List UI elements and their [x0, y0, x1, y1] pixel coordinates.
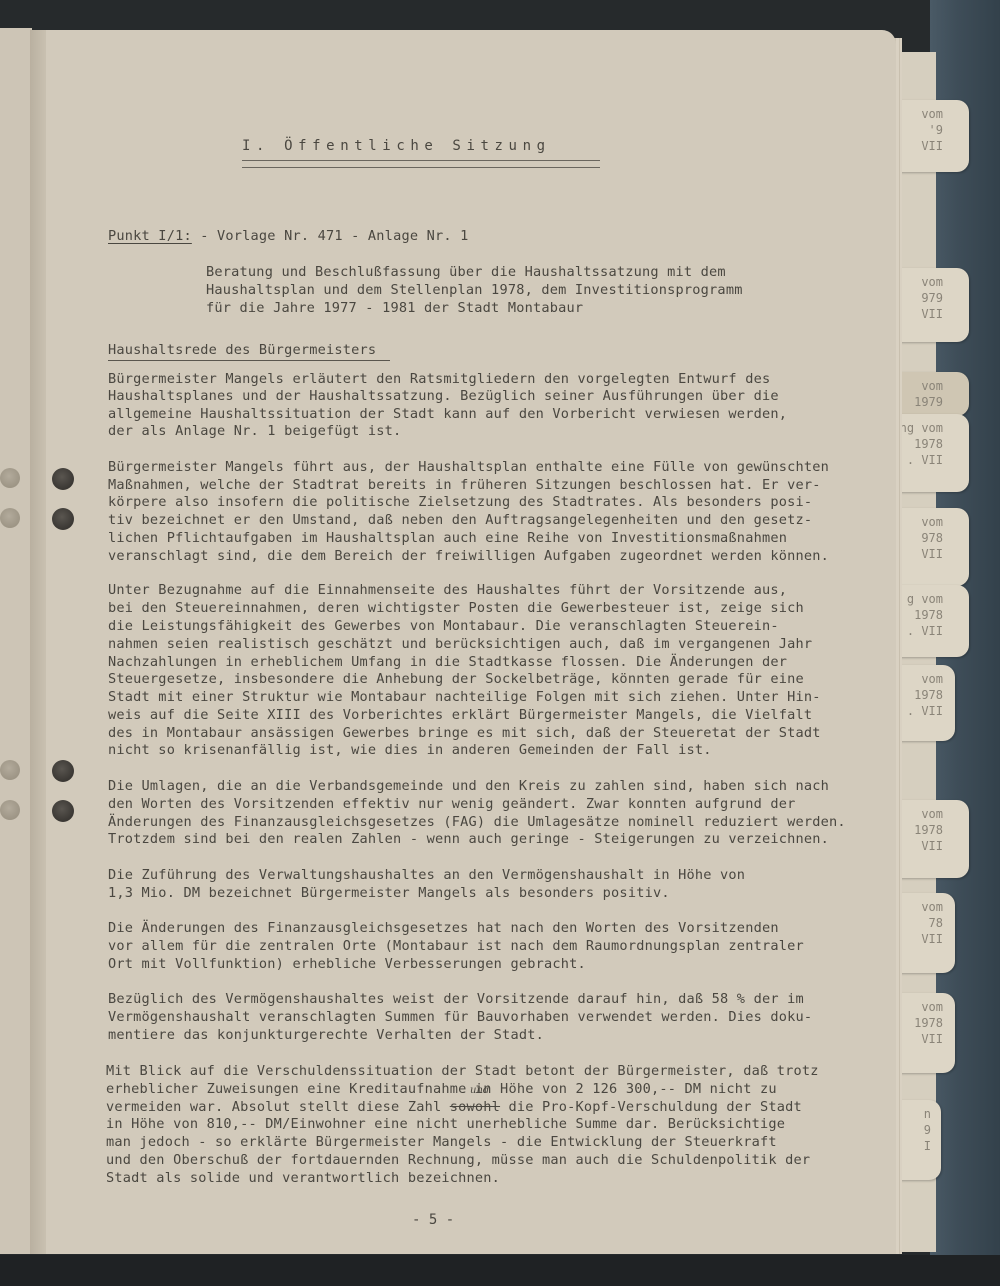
punch-hole: [0, 508, 20, 528]
paragraph-line: Bezüglich des Vermögenshaushaltes weist …: [108, 991, 804, 1009]
paragraph-line: Vermögenshaushalt veranschlagten Summen …: [108, 1009, 812, 1027]
paragraph-line: Maßnahmen, welche der Stadtrat bereits i…: [108, 477, 821, 495]
divider-tab[interactable]: vom 1978 VII: [893, 993, 955, 1073]
agenda-subject-line: Haushaltsplan und dem Stellenplan 1978, …: [206, 282, 743, 300]
paragraph-line: man jedoch - so erklärte Bürgermeister M…: [106, 1134, 777, 1152]
left-page-edge: [0, 28, 32, 1254]
paragraph-line: Stadt als solide und verantwortlich beze…: [106, 1170, 500, 1188]
paragraph-line: tiv bezeichnet er den Umstand, daß neben…: [108, 512, 812, 530]
paragraph-line: weis auf die Seite XIII des Vorberichtes…: [108, 707, 812, 725]
punch-hole: [52, 800, 74, 822]
agenda-subject-line: für die Jahre 1977 - 1981 der Stadt Mont…: [206, 300, 583, 318]
handwritten-correction: und: [470, 1085, 489, 1096]
divider-tab[interactable]: vom 78 VII: [893, 893, 955, 973]
line-text: die Pro-Kopf-Verschuldung der Stadt: [500, 1099, 802, 1115]
paragraph-line: die Leistungsfähigkeit des Gewerbes von …: [108, 618, 779, 636]
paragraph-line: Änderungen des Finanzausgleichsgesetzes …: [108, 814, 846, 832]
divider-tab[interactable]: vom 1978 VII: [893, 800, 969, 878]
paragraph-line: bei den Steuereinnahmen, deren wichtigst…: [108, 600, 804, 618]
paragraph-line: in Höhe von 810,-- DM/Einwohner eine nic…: [106, 1116, 785, 1134]
paragraph-line: 1,3 Mio. DM bezeichnet Bürgermeister Man…: [108, 885, 670, 903]
paragraph-line: Bürgermeister Mangels führt aus, der Hau…: [108, 459, 829, 477]
binder-bottom-edge: [0, 1255, 1000, 1286]
paragraph-line: erheblicher Zuweisungen eine Kreditaufna…: [106, 1081, 777, 1099]
punch-hole: [0, 468, 20, 488]
agenda-item-line: Punkt I/1: - Vorlage Nr. 471 - Anlage Nr…: [108, 228, 469, 246]
paragraph-line: Die Änderungen des Finanzausgleichsgeset…: [108, 920, 779, 938]
document-title: I. Öffentliche Sitzung: [242, 138, 551, 154]
divider-tab[interactable]: vom 1979: [893, 372, 969, 416]
paragraph-line: veranschlagt sind, die dem Bereich der f…: [108, 548, 829, 566]
punch-hole: [0, 800, 20, 820]
paragraph-line: Ort mit Vollfunktion) erhebliche Verbess…: [108, 956, 586, 974]
paragraph-line: nahmen seien realistisch geschätzt und b…: [108, 636, 812, 654]
paragraph-line: nicht so krisenanfällig ist, wie dies in…: [108, 742, 712, 760]
line-text: vermeiden war. Absolut stellt diese Zahl: [106, 1099, 450, 1115]
paragraph-line: Stadt mit einer Struktur wie Montabaur n…: [108, 689, 821, 707]
paragraph-line: Steuergesetze, insbesondere die Anhebung…: [108, 671, 804, 689]
agenda-subject-line: Beratung und Beschlußfassung über die Ha…: [206, 264, 726, 282]
divider-tab[interactable]: vom 979 VII: [893, 268, 969, 342]
punch-hole: [52, 760, 74, 782]
divider-tab[interactable]: g vom 1978 . VII: [893, 585, 969, 657]
punch-hole: [52, 508, 74, 530]
paragraph-line: Die Zuführung des Verwaltungshaushaltes …: [108, 867, 745, 885]
punch-hole: [0, 760, 20, 780]
paragraph-line: Mit Blick auf die Verschuldenssituation …: [106, 1063, 819, 1081]
divider-tab[interactable]: vom '9 VII: [893, 100, 969, 172]
paragraph-line: Bürgermeister Mangels erläutert den Rats…: [108, 371, 770, 389]
struck-word: sowohl: [450, 1099, 500, 1115]
paragraph-line: Die Umlagen, die an die Verbandsgemeinde…: [108, 778, 829, 796]
paragraph-line: allgemeine Haushaltssituation der Stadt …: [108, 406, 787, 424]
title-double-rule: [242, 160, 600, 168]
divider-tab[interactable]: vom 1978 . VII: [893, 665, 955, 741]
paragraph-line: mentiere das konjunkturgerechte Verhalte…: [108, 1027, 544, 1045]
paragraph-line: des in Montabaur ansässigen Gewerbes bri…: [108, 725, 821, 743]
section-heading: Haushaltsrede des Bürgermeisters: [108, 342, 376, 360]
paragraph-line: Unter Bezugnahme auf die Einnahmenseite …: [108, 582, 787, 600]
paragraph-line: lichen Pflichtaufgaben im Haushaltsplan …: [108, 530, 787, 548]
agenda-item-reference: - Vorlage Nr. 471 - Anlage Nr. 1: [192, 228, 469, 244]
punch-hole: [52, 468, 74, 490]
page-number: - 5 -: [412, 1212, 454, 1228]
paragraph-line: den Worten des Vorsitzenden effektiv nur…: [108, 796, 796, 814]
agenda-item-label: Punkt I/1:: [108, 228, 192, 244]
paragraph-line: Haushaltsplanes und der Haushaltssatzung…: [108, 388, 779, 406]
paragraph-line: der als Anlage Nr. 1 beigefügt ist.: [108, 423, 401, 441]
paragraph-line: Nachzahlungen in erheblichem Umfang in d…: [108, 654, 787, 672]
paragraph-line: und den Oberschuß der fortdauernden Rech…: [106, 1152, 810, 1170]
divider-tab[interactable]: vom 978 VII: [893, 508, 969, 586]
divider-tab[interactable]: ng vom 1978 . VII: [893, 414, 969, 492]
section-heading-underline: [108, 360, 390, 361]
paragraph-line-with-correction: vermeiden war. Absolut stellt diese Zahl…: [106, 1099, 802, 1117]
paragraph-line: körpere also insofern die politische Zie…: [108, 494, 812, 512]
paragraph-line: Trotzdem sind bei den realen Zahlen - we…: [108, 831, 829, 849]
paragraph-line: vor allem für die zentralen Orte (Montab…: [108, 938, 804, 956]
